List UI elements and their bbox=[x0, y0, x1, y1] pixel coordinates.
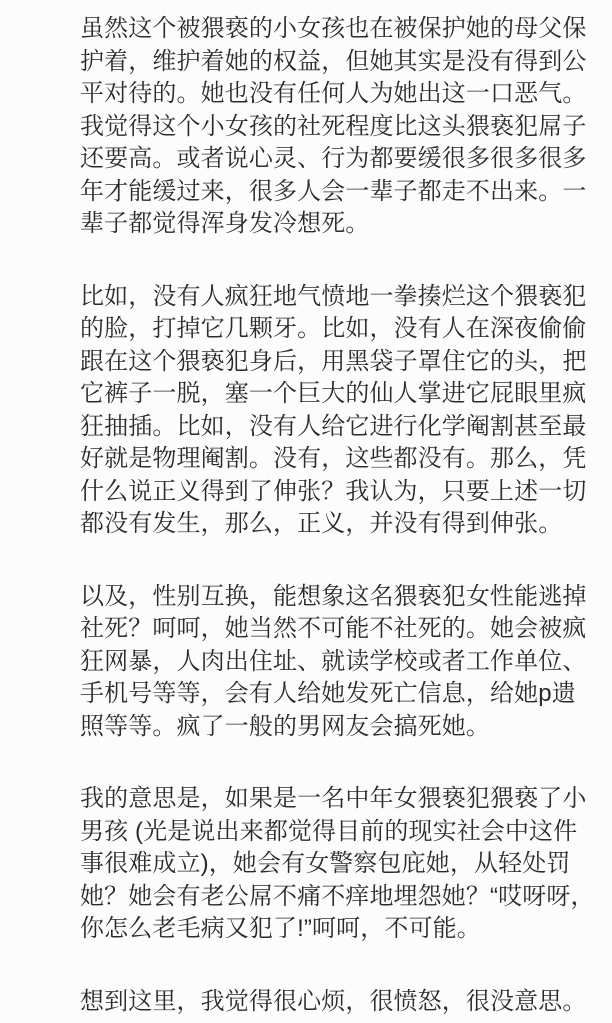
text-line: 还要高。或者说心灵、行为都要缓很多很多很多 bbox=[80, 143, 590, 176]
text-line: 你怎么老毛病又犯了!”呵呵，不可能。 bbox=[80, 913, 590, 946]
text-line: 照等等。疯了一般的男网友会搞死她。 bbox=[80, 711, 590, 744]
paragraph: 比如，没有人疯狂地气愤地一拳揍烂这个猥亵犯 的脸，打掉它几颗牙。比如，没有人在深… bbox=[80, 281, 590, 541]
text-line: 好就是物理阉割。没有，这些都没有。那么，凭 bbox=[80, 443, 590, 476]
paragraph: 想到这里，我觉得很心烦，很愤怒，很没意思。 bbox=[80, 986, 590, 1019]
text-line: 想到这里，我觉得很心烦，很愤怒，很没意思。 bbox=[80, 986, 590, 1019]
paragraph: 我的意思是，如果是一名中年女猥亵犯猥亵了小 男孩 (光是说出来都觉得目前的现实社… bbox=[80, 783, 590, 946]
text-line: 的脸，打掉它几颗牙。比如，没有人在深夜偷偷 bbox=[80, 313, 590, 346]
text-line: 虽然这个被猥亵的小女孩也在被保护她的母父保 bbox=[80, 13, 590, 46]
text-line: 男孩 (光是说出来都觉得目前的现实社会中这件 bbox=[80, 816, 590, 849]
post-text: 虽然这个被猥亵的小女孩也在被保护她的母父保 护着，维护着她的权益，但她其实是没有… bbox=[0, 0, 612, 1018]
text-line: 什么说正义得到了伸张？我认为，只要上述一切 bbox=[80, 476, 590, 509]
text-line: 狂抽插。比如，没有人给它进行化学阉割甚至最 bbox=[80, 411, 590, 444]
text-line: 我的意思是，如果是一名中年女猥亵犯猥亵了小 bbox=[80, 783, 590, 816]
text-line: 它裤子一脱，塞一个巨大的仙人掌进它屁眼里疯 bbox=[80, 378, 590, 411]
text-line: 辈子都觉得浑身发冷想死。 bbox=[80, 208, 590, 241]
text-line: 社死？呵呵，她当然不可能不社死的。她会被疯 bbox=[80, 613, 590, 646]
paragraph: 以及，性别互换，能想象这名猥亵犯女性能逃掉 社死？呵呵，她当然不可能不社死的。她… bbox=[80, 581, 590, 744]
text-line: 我觉得这个小女孩的社死程度比这头猥亵犯屌子 bbox=[80, 111, 590, 144]
text-line: 都没有发生，那么，正义，并没有得到伸张。 bbox=[80, 508, 590, 541]
text-line: 狂网暴，人肉出住址、就读学校或者工作单位、 bbox=[80, 646, 590, 679]
text-line: 手机号等等，会有人给她发死亡信息，给她p遗 bbox=[80, 678, 590, 711]
text-line: 平对待的。她也没有任何人为她出这一口恶气。 bbox=[80, 78, 590, 111]
text-line: 年才能缓过来，很多人会一辈子都走不出来。一 bbox=[80, 176, 590, 209]
text-line: 护着，维护着她的权益，但她其实是没有得到公 bbox=[80, 46, 590, 79]
text-line: 比如，没有人疯狂地气愤地一拳揍烂这个猥亵犯 bbox=[80, 281, 590, 314]
paragraph: 虽然这个被猥亵的小女孩也在被保护她的母父保 护着，维护着她的权益，但她其实是没有… bbox=[80, 13, 590, 241]
text-line: 事很难成立)，她会有女警察包庇她，从轻处罚 bbox=[80, 848, 590, 881]
text-line: 跟在这个猥亵犯身后，用黑袋子罩住它的头，把 bbox=[80, 346, 590, 379]
text-line: 她？她会有老公屌不痛不痒地埋怨她？“哎呀呀， bbox=[80, 881, 590, 914]
text-line: 以及，性别互换，能想象这名猥亵犯女性能逃掉 bbox=[80, 581, 590, 614]
